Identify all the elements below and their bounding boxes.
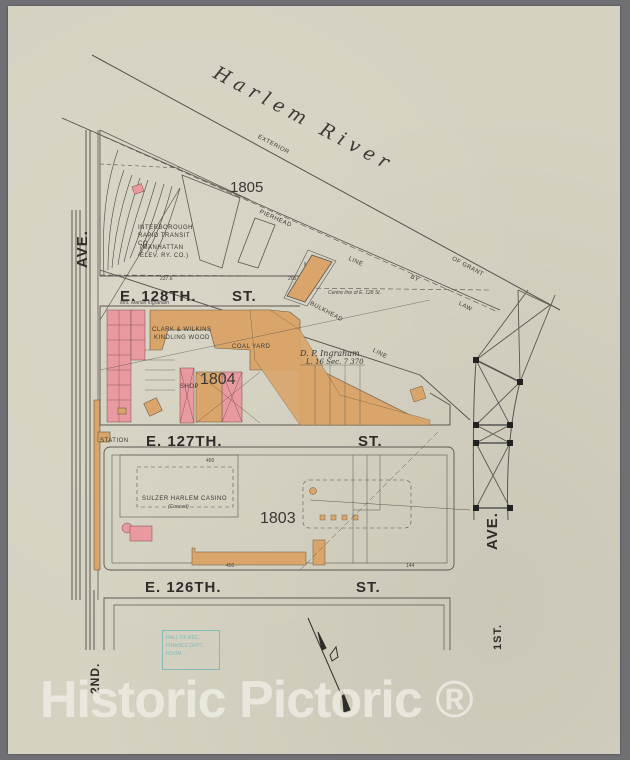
dimension-144: 144 <box>406 563 414 569</box>
street-e127: E. 127TH. <box>146 433 223 450</box>
stamp-line: FINANCE DEPT. <box>166 642 216 650</box>
street-ave-left: AVE. <box>74 230 91 268</box>
block-number-1803: 1803 <box>260 510 296 528</box>
block-number-1805: 1805 <box>230 179 263 196</box>
centre-line-label: Centre line of E. 128 St. <box>328 290 381 296</box>
coal-yard-label: COAL YARD <box>232 344 270 350</box>
dimension-237: 237.6 <box>160 276 173 282</box>
map-sheet: Harlem River 1805 1804 1803 E. 128TH. ST… <box>8 6 620 754</box>
stamp-line: ... <box>166 658 216 666</box>
casino-label: SULZER HARLEM CASINO <box>142 496 227 502</box>
street-e126: E. 126TH. <box>145 579 222 596</box>
stamp-line: HALL OF REC. <box>166 634 216 642</box>
block-number-1804: 1804 <box>200 371 236 389</box>
owner-ingraham-ref: L. 16 Sec. 7 370 <box>306 358 364 366</box>
street-1st: 1ST. <box>492 624 504 650</box>
street-e127-st: ST. <box>358 433 383 450</box>
street-ave-right: AVE. <box>484 512 501 550</box>
dimension-205: 205 <box>288 276 296 282</box>
shop-label: SHOP <box>180 384 199 390</box>
owner-kindling: KINDLING WOOD <box>154 335 210 341</box>
owner-ingraham-top: Mrs. Marion Ingraham <box>120 300 169 306</box>
owner-manhattan: (MANHATTAN ELEV. RY. CO.) <box>140 244 198 260</box>
street-e126-st: ST. <box>356 579 381 596</box>
archive-stamp: HALL OF REC. FINANCE DEPT. ROOM ... ... <box>162 630 220 670</box>
dimension-450: 450 <box>206 458 214 464</box>
casino-concert-label: (Concert) <box>168 504 189 510</box>
stamp-line: ROOM ... <box>166 650 216 658</box>
dimension-450-b: 450 <box>226 563 234 569</box>
watermark: Historic Pictoric ® <box>40 670 473 730</box>
station-label: STATION <box>100 438 129 444</box>
owner-ingraham: D. P. Ingraham <box>300 349 360 358</box>
street-e128-st: ST. <box>232 288 257 305</box>
owner-clark: CLARK & WILKINS <box>152 327 212 333</box>
